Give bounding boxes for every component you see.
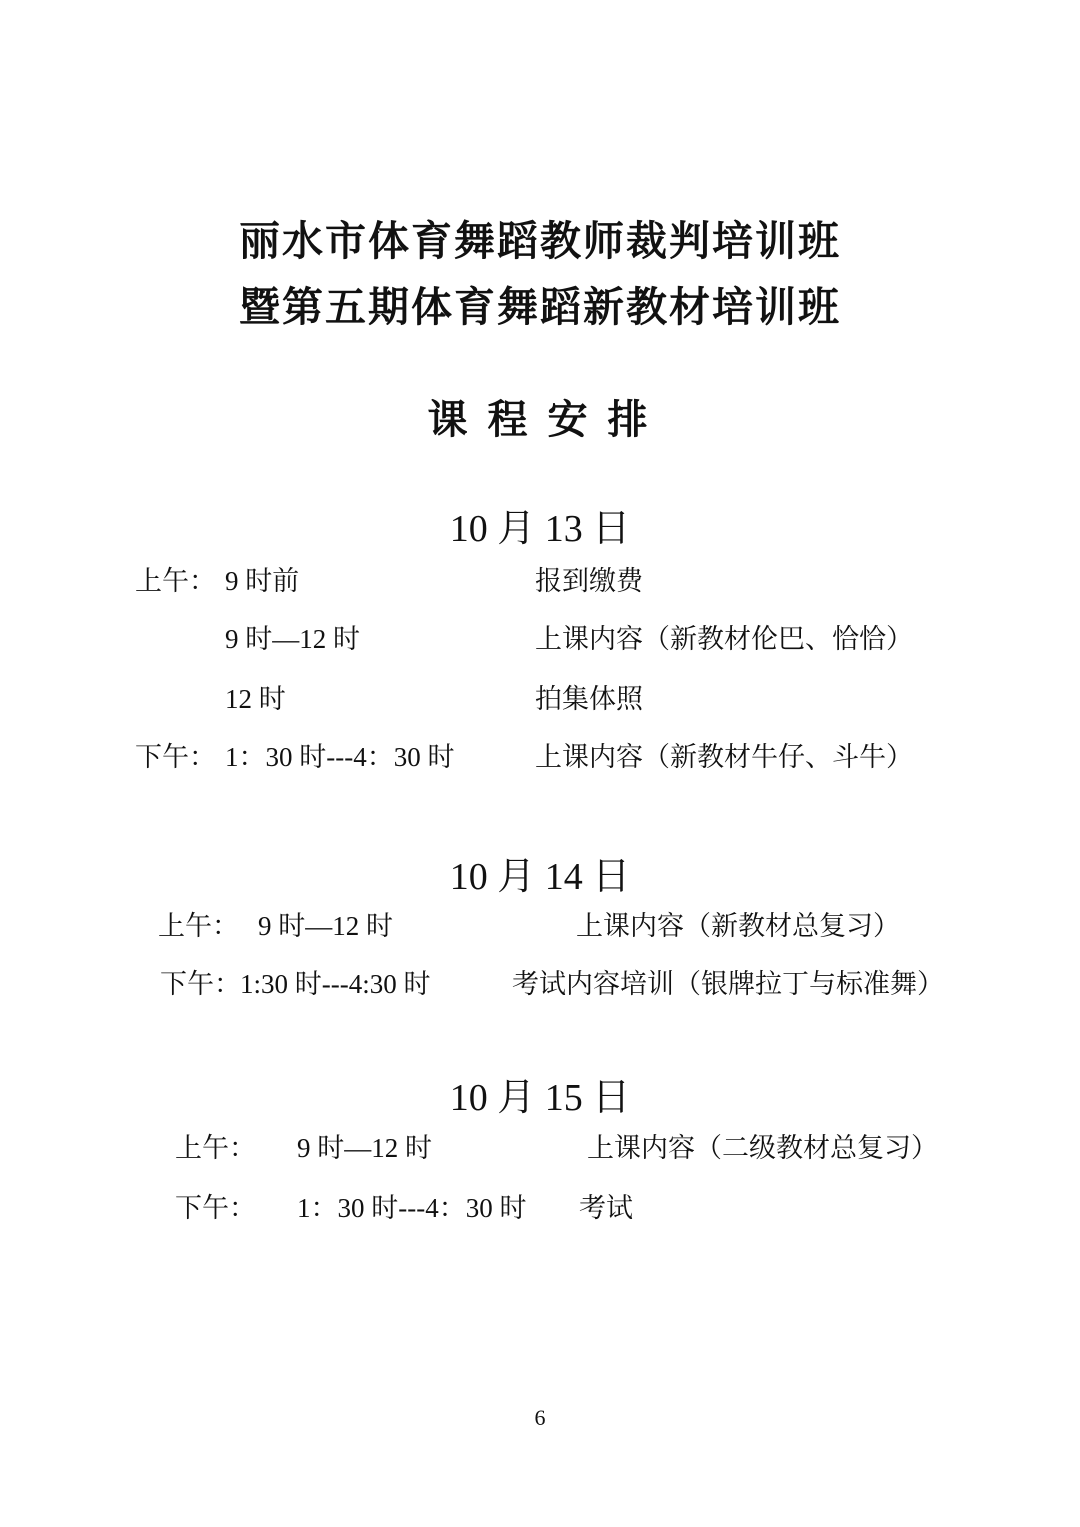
period-label: 上午： (158, 908, 258, 944)
activity-text: 报到缴费 (535, 563, 643, 599)
schedule-row: 12 时 拍集体照 (135, 681, 643, 717)
activity-text: 上课内容（新教材总复习） (576, 908, 900, 944)
period-label (135, 681, 225, 717)
time-value: 1：30 时---4：30 时 (297, 1190, 579, 1226)
period-label: 上午： (135, 563, 225, 599)
schedule-row: 上午： 9 时—12 时 上课内容（新教材总复习） (158, 908, 900, 944)
time-value: 9 时—12 时 (258, 908, 576, 944)
activity-text: 考试 (579, 1190, 633, 1226)
schedule-row: 下午： 1：30 时---4：30 时 上课内容（新教材牛仔、斗牛） (135, 739, 913, 775)
schedule-row: 9 时—12 时 上课内容（新教材伦巴、恰恰） (135, 621, 913, 657)
time-value: 9 时—12 时 (225, 621, 535, 657)
doc-title-line2: 暨第五期体育舞蹈新教材培训班 (0, 274, 1080, 333)
time-value: 12 时 (225, 681, 535, 717)
schedule-row: 上午： 9 时前 报到缴费 (135, 563, 643, 599)
document-page: 丽水市体育舞蹈教师裁判培训班 暨第五期体育舞蹈新教材培训班 课 程 安 排 10… (0, 0, 1080, 1527)
date-heading-oct-13: 10 月 13 日 (0, 497, 1080, 552)
date-heading-oct-14: 10 月 14 日 (0, 845, 1080, 900)
date-heading-oct-15: 10 月 15 日 (0, 1066, 1080, 1121)
time-value: 1:30 时---4:30 时 (240, 966, 512, 1002)
period-label: 下午： (160, 966, 240, 1002)
activity-text: 考试内容培训（银牌拉丁与标准舞） (512, 966, 944, 1002)
schedule-row: 下午： 1:30 时---4:30 时 考试内容培训（银牌拉丁与标准舞） (160, 966, 944, 1002)
period-label: 下午： (135, 739, 225, 775)
period-label (135, 621, 225, 657)
time-value: 9 时—12 时 (297, 1130, 587, 1166)
activity-text: 上课内容（新教材牛仔、斗牛） (535, 739, 913, 775)
activity-text: 拍集体照 (535, 681, 643, 717)
time-value: 1：30 时---4：30 时 (225, 739, 535, 775)
activity-text: 上课内容（二级教材总复习） (587, 1130, 938, 1166)
schedule-row: 下午： 1：30 时---4：30 时 考试 (175, 1190, 633, 1226)
page-number: 6 (0, 1405, 1080, 1431)
activity-text: 上课内容（新教材伦巴、恰恰） (535, 621, 913, 657)
schedule-row: 上午： 9 时—12 时 上课内容（二级教材总复习） (175, 1130, 938, 1166)
period-label: 上午： (175, 1130, 297, 1166)
period-label: 下午： (175, 1190, 297, 1226)
doc-title-line1: 丽水市体育舞蹈教师裁判培训班 (0, 208, 1080, 267)
time-value: 9 时前 (225, 563, 535, 599)
doc-subtitle: 课 程 安 排 (0, 388, 1080, 445)
